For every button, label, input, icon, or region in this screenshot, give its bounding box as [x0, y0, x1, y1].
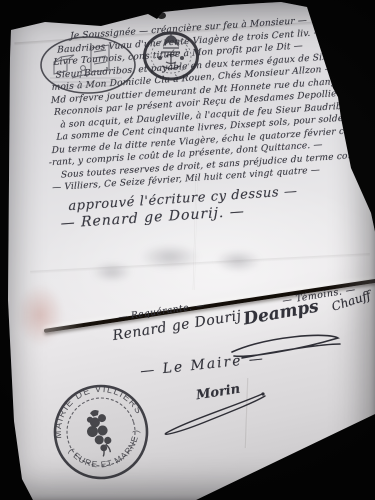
bleedthrough-mark: [140, 244, 200, 270]
mairie-round-stamp: MAIRIE DE VILLIERS ( EURE ET MARNE ): [37, 368, 164, 495]
ink-stain: [16, 284, 64, 346]
bleedthrough-mark: [92, 262, 132, 282]
le-maire-label: — Le Maire —: [140, 351, 266, 380]
engraved-vignette-stamp-icon: [36, 32, 140, 98]
photo-background: Je Soussignée — créancière sur feu à Mon…: [0, 0, 375, 500]
witness-signature-deamps: Deamps: [242, 297, 320, 330]
maire-signature: Morin: [195, 382, 241, 404]
paper-crease-vertical: [245, 378, 249, 448]
paper-hole: [157, 12, 166, 19]
crown-tax-stamp-icon: [140, 28, 202, 84]
bleedthrough-mark: [215, 250, 261, 272]
document-paper: Je Soussignée — créancière sur feu à Mon…: [0, 0, 375, 500]
paper-crease: [30, 253, 370, 274]
